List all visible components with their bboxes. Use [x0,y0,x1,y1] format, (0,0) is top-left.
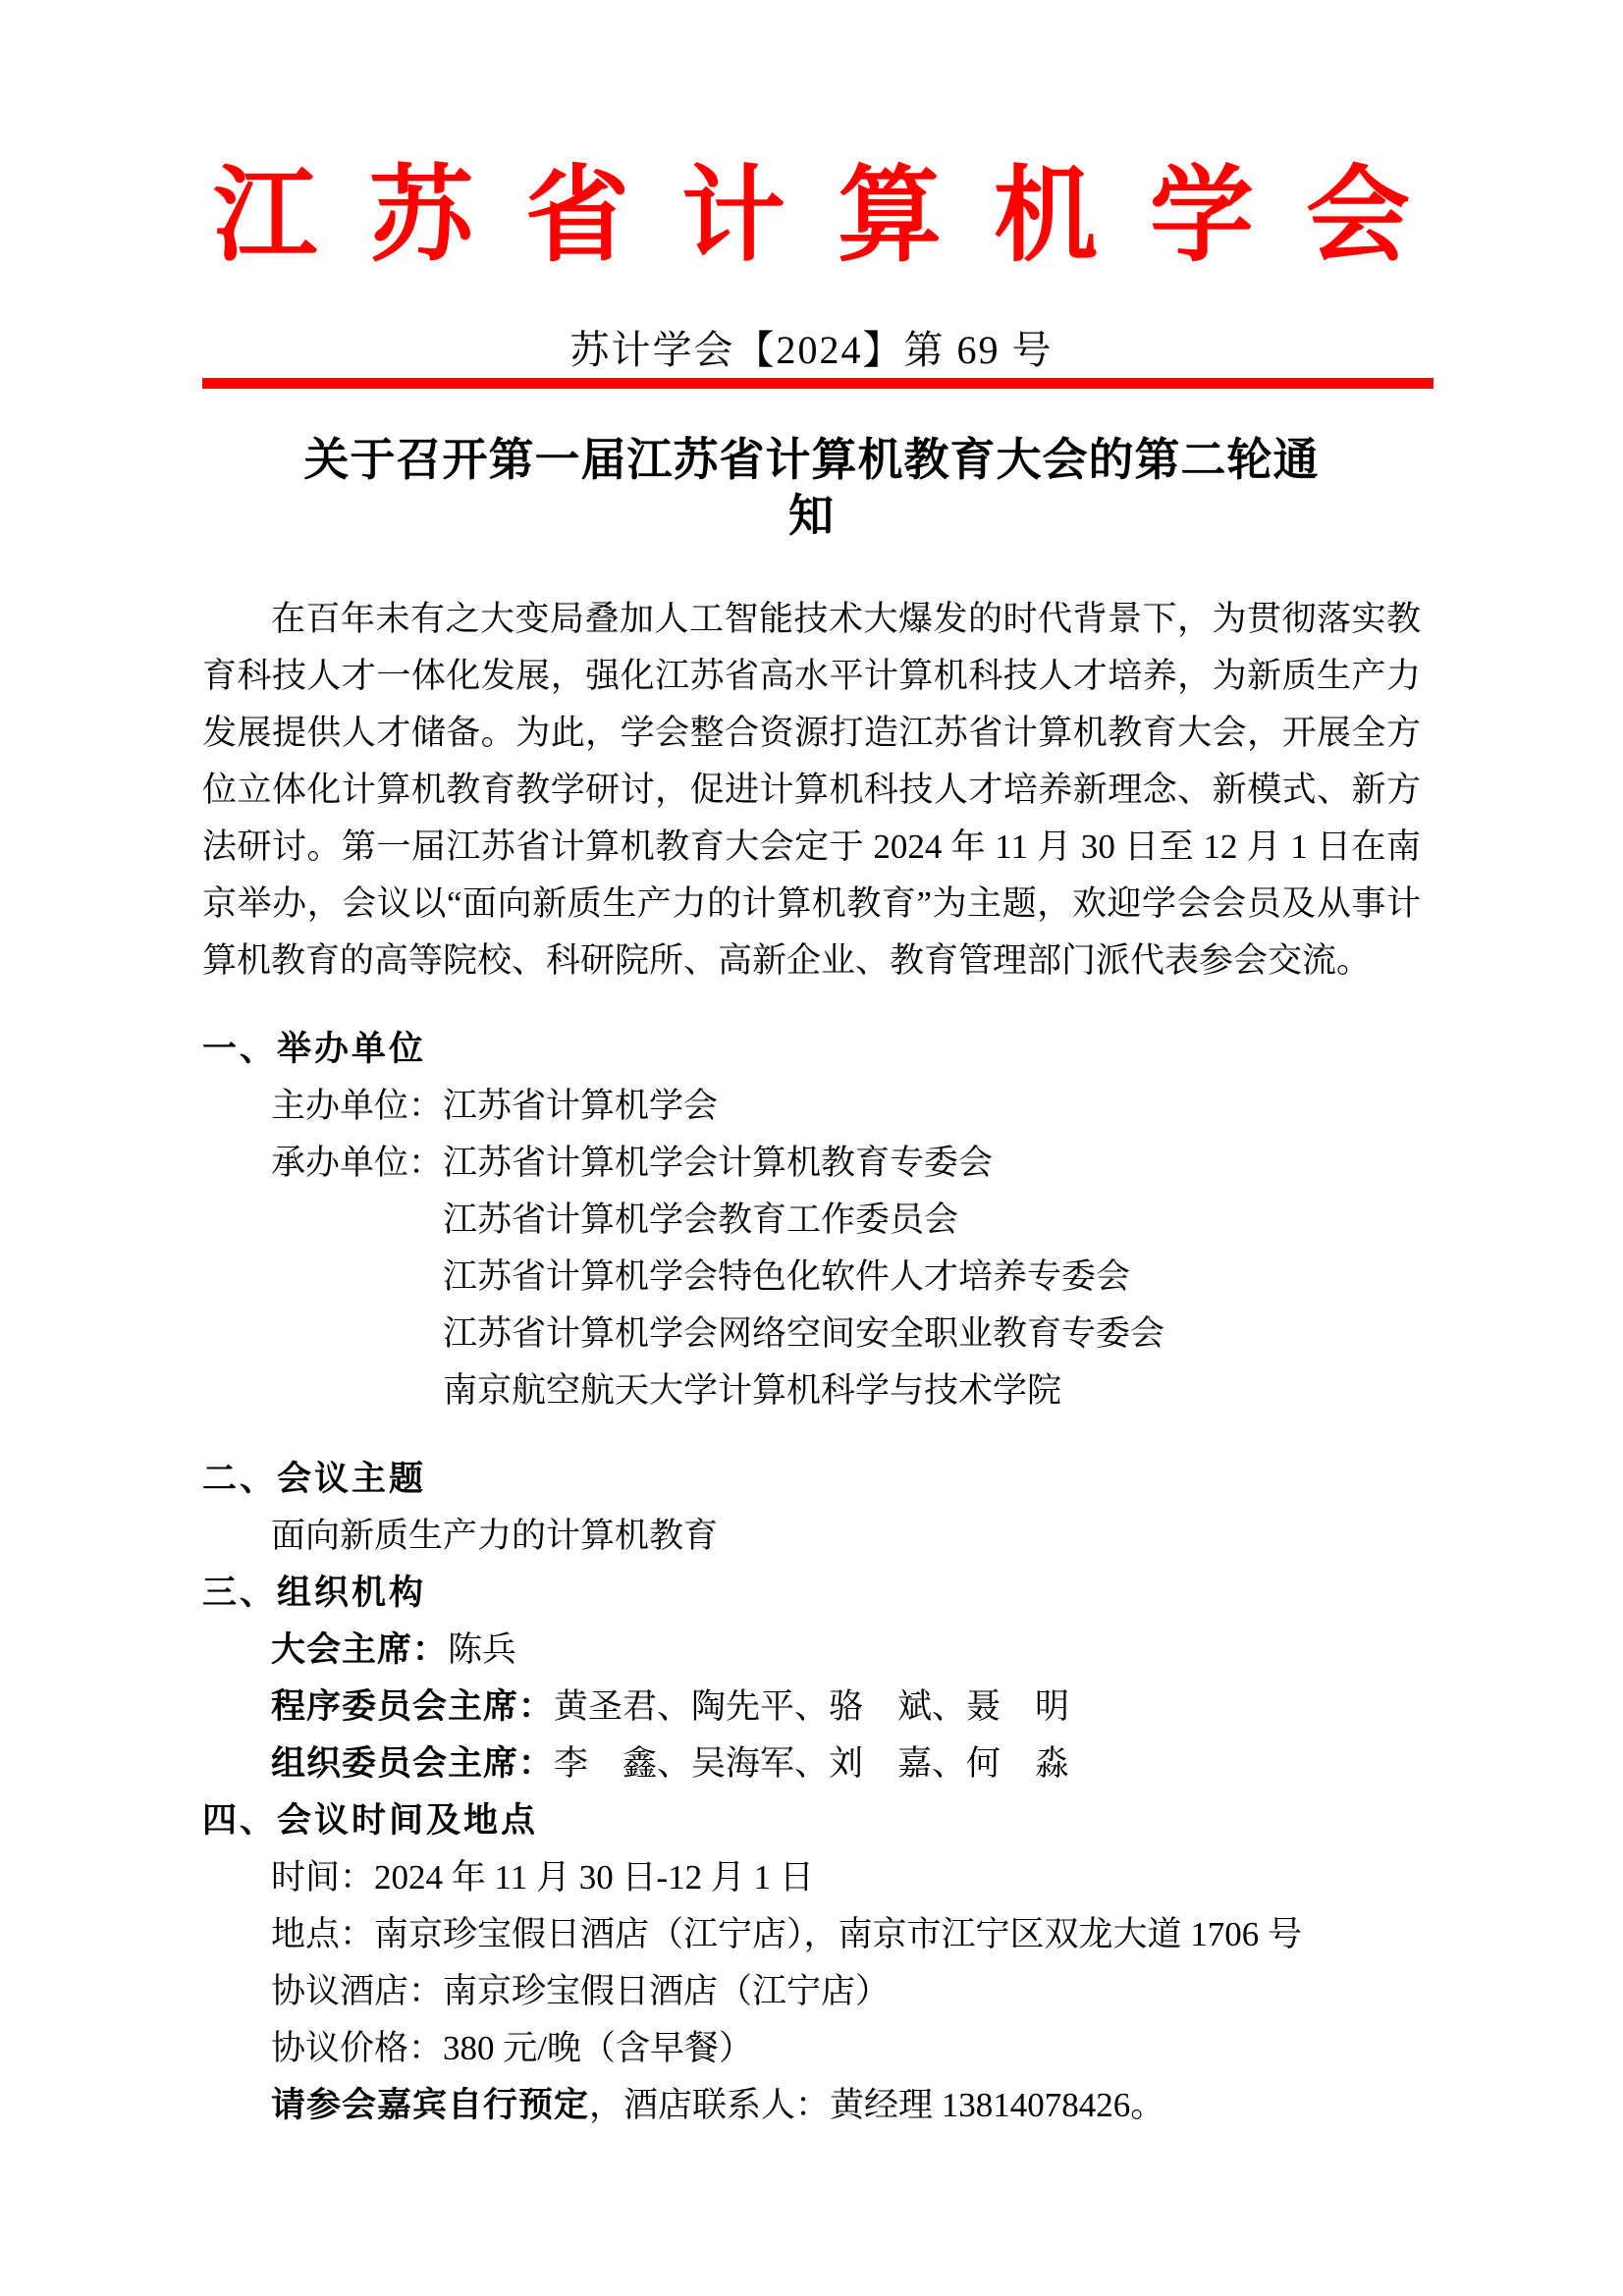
section-theme-heading: 二、会议主题 [202,1451,1421,1508]
chair-line: 组织委员会主席：李 鑫、吴海军、刘 嘉、何 淼 [202,1735,1421,1792]
intro-paragraph: 在百年未有之大变局叠加人工智能技术大爆发的时代背景下，为贯彻落实教育科技人才一体… [202,591,1421,989]
undertaker-extra-line: 江苏省计算机学会网络空间安全职业教育专委会 [202,1306,1421,1362]
chair-line: 程序委员会主席：黄圣君、陶先平、骆 斌、聂 明 [202,1679,1421,1735]
chair-names: 陈兵 [448,1630,516,1669]
chair-names: 李 鑫、吴海军、刘 嘉、何 淼 [554,1744,1069,1783]
undertaker-line: 承办单位：江苏省计算机学会计算机教育专委会 [202,1135,1421,1192]
section-organization-heading: 三、组织机构 [202,1565,1421,1622]
chair-label: 大会主席： [271,1630,448,1669]
document-page: 江苏省计算机学会 苏计学会【2024】第 69 号 关于召开第一届江苏省计算机教… [0,0,1623,2296]
organizer-label: 主办单位： [271,1087,443,1125]
undertaker-label: 承办单位： [271,1144,443,1182]
detail-line-place: 地点：南京珍宝假日酒店（江宁店），南京市江宁区双龙大道 1706 号 [202,1906,1421,1963]
booking-note-line: 请参会嘉宾自行预定，酒店联系人：黄经理 13814078426。 [202,2077,1421,2134]
org-title: 江苏省计算机学会 [0,165,1623,269]
undertaker-extra-line: 江苏省计算机学会教育工作委员会 [202,1192,1421,1249]
chair-names: 黄圣君、陶先平、骆 斌、聂 明 [554,1687,1069,1726]
section-time-place: 四、会议时间及地点 时间：2024 年 11 月 30 日-12 月 1 日 地… [202,1792,1421,2134]
undertaker-extra-line: 南京航空航天大学计算机科学与技术学院 [202,1362,1421,1419]
page-title: 关于召开第一届江苏省计算机教育大会的第二轮通知 [291,432,1332,544]
chair-line: 大会主席：陈兵 [202,1622,1421,1679]
organizer-line: 主办单位：江苏省计算机学会 [202,1078,1421,1135]
section-theme: 二、会议主题 面向新质生产力的计算机教育 [202,1451,1421,1565]
detail-line-hotel: 协议酒店：南京珍宝假日酒店（江宁店） [202,1963,1421,2020]
booking-note-bold: 请参会嘉宾自行预定 [271,2086,589,2124]
organizer-value: 江苏省计算机学会 [443,1087,718,1125]
section-time-place-heading: 四、会议时间及地点 [202,1792,1421,1849]
undertaker-extra-line: 江苏省计算机学会特色化软件人才培养专委会 [202,1249,1421,1306]
section-organizers: 一、举办单位 主办单位：江苏省计算机学会 承办单位：江苏省计算机学会计算机教育专… [202,1021,1421,1419]
section-organizers-heading: 一、举办单位 [202,1021,1421,1078]
letterhead: 江苏省计算机学会 苏计学会【2024】第 69 号 [0,165,1623,389]
section-organization: 三、组织机构 大会主席：陈兵 程序委员会主席：黄圣君、陶先平、骆 斌、聂 明 组… [202,1565,1421,1792]
detail-line-time: 时间：2024 年 11 月 30 日-12 月 1 日 [202,1849,1421,1906]
detail-line-price: 协议价格：380 元/晚（含早餐） [202,2020,1421,2077]
document-body: 关于召开第一届江苏省计算机教育大会的第二轮通知 在百年未有之大变局叠加人工智能技… [202,432,1421,2134]
red-divider-rule [202,378,1434,389]
chair-label: 组织委员会主席： [271,1744,554,1783]
undertaker-value: 江苏省计算机学会计算机教育专委会 [443,1144,993,1182]
chair-label: 程序委员会主席： [271,1687,554,1726]
doc-number: 苏计学会【2024】第 69 号 [0,328,1623,373]
theme-line: 面向新质生产力的计算机教育 [202,1508,1421,1565]
booking-note-rest: ，酒店联系人：黄经理 13814078426。 [589,2086,1164,2124]
